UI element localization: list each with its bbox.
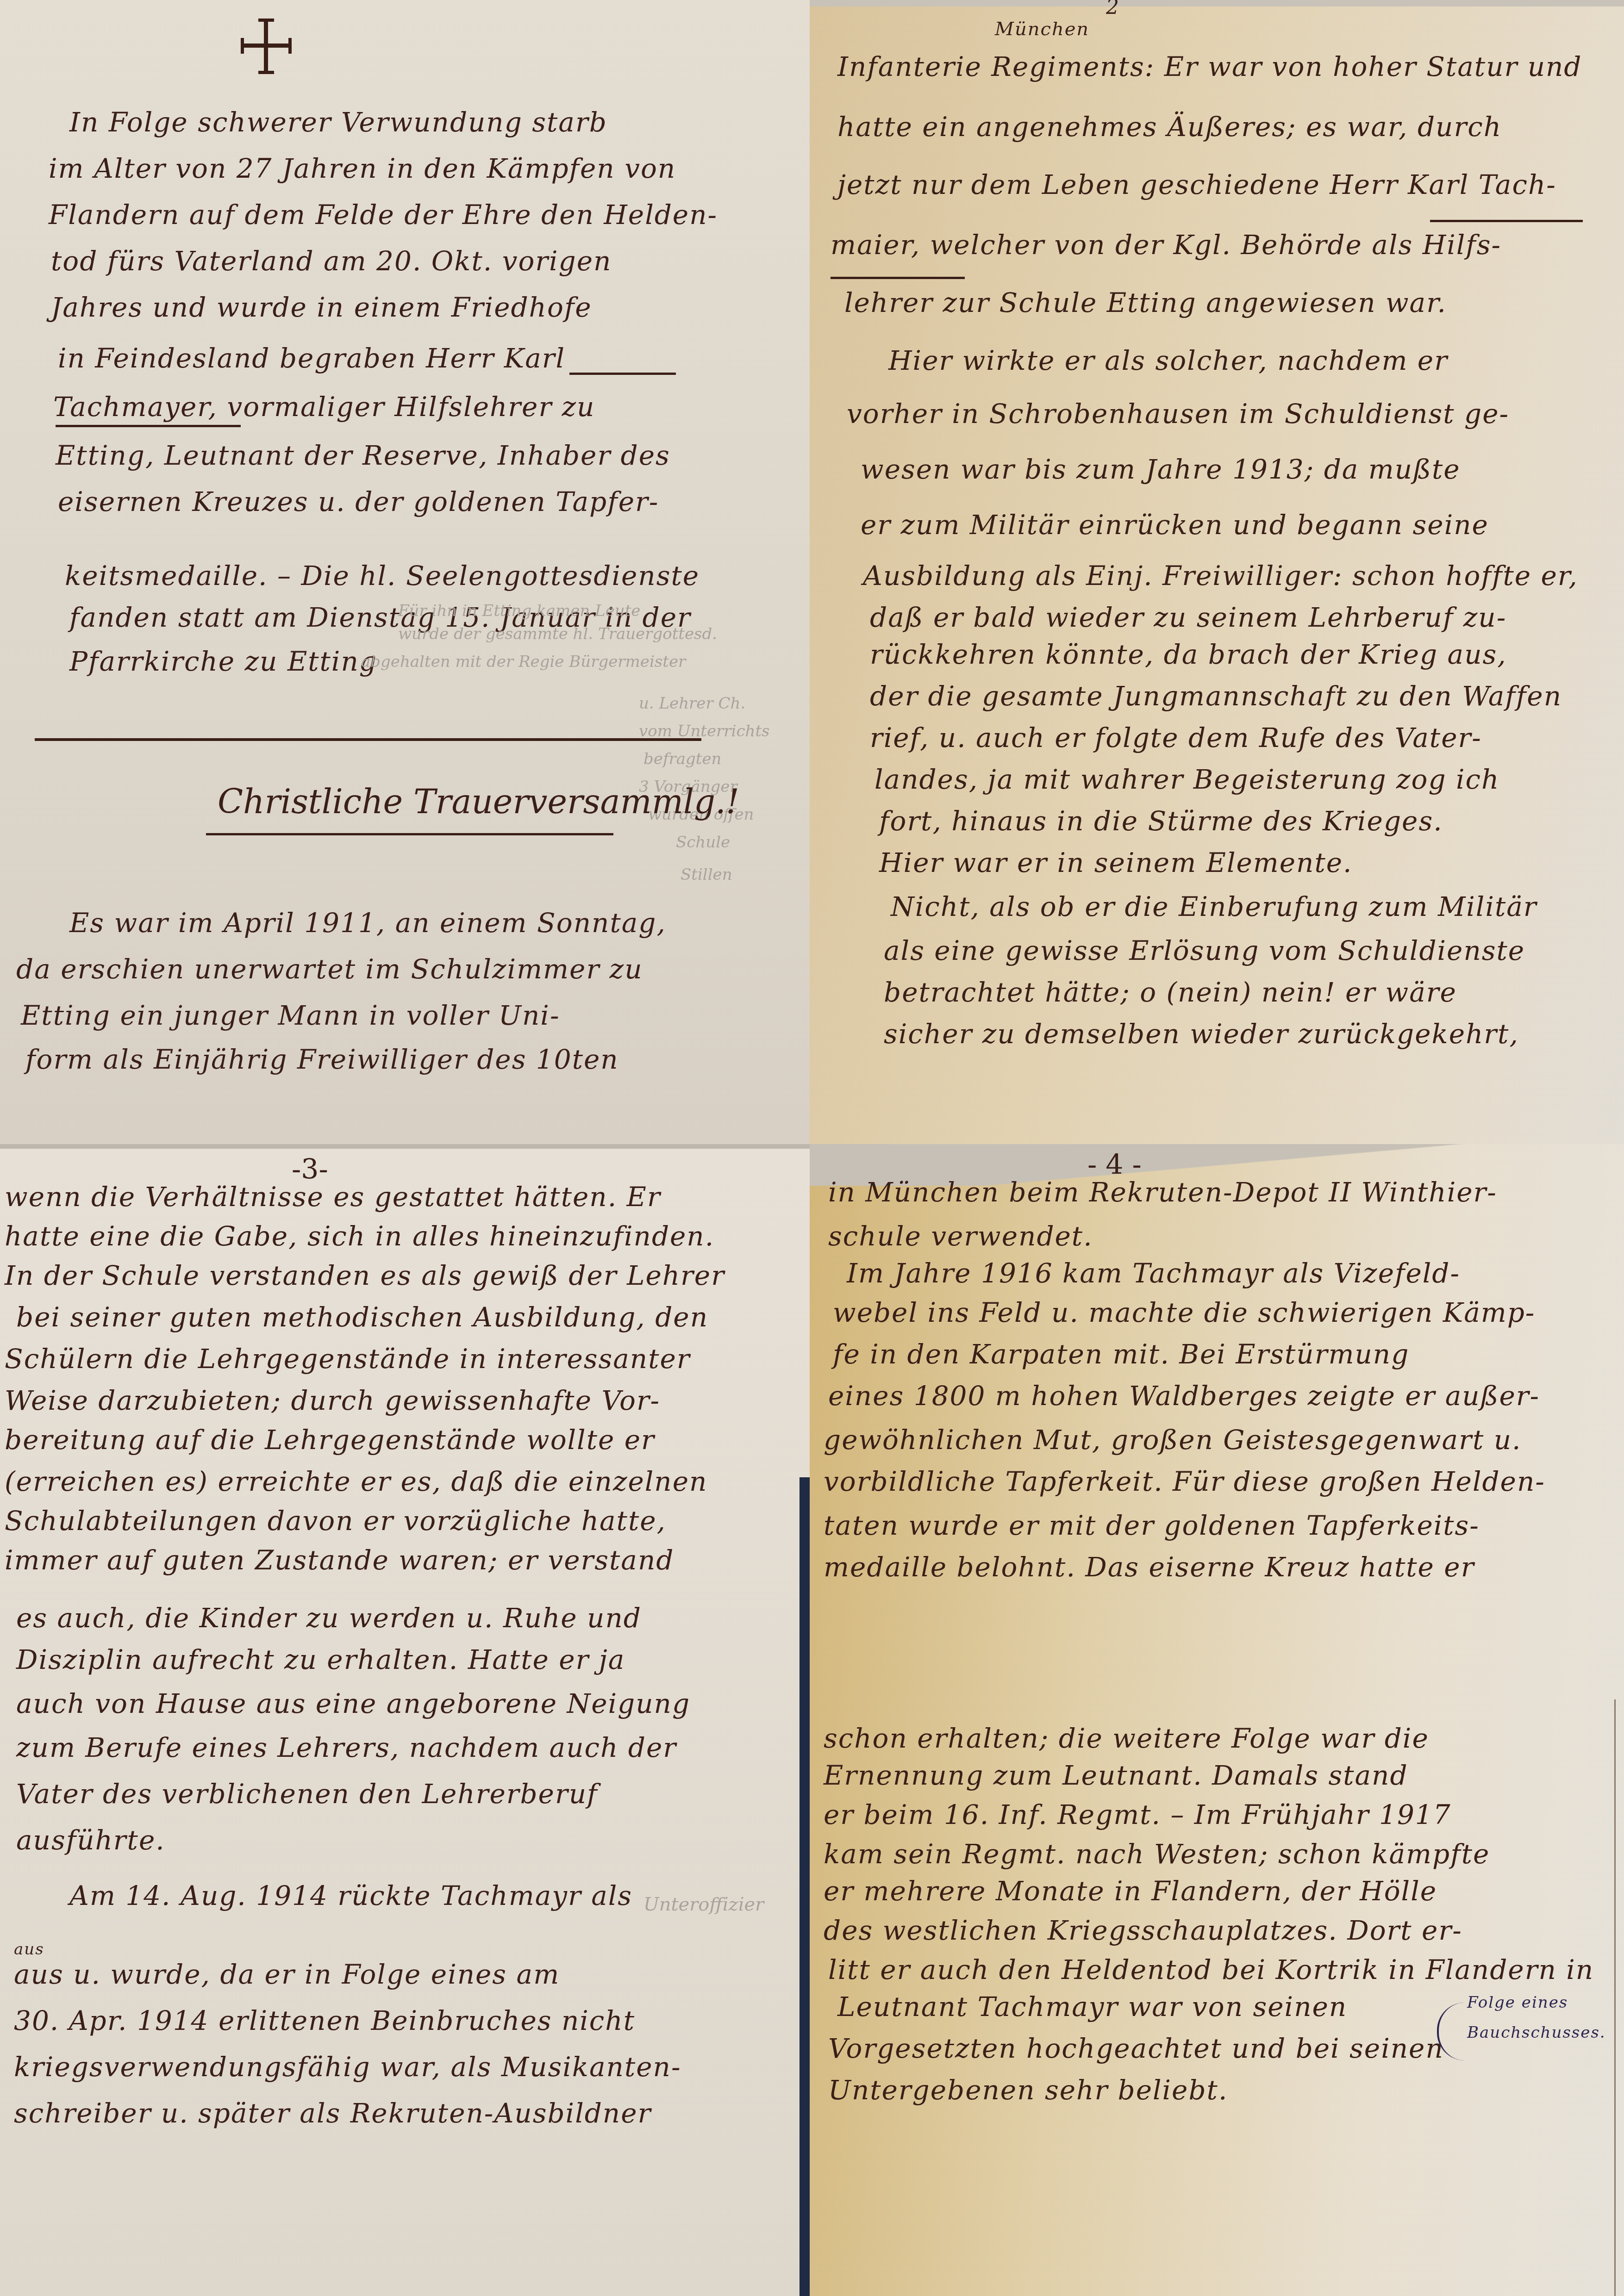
underline bbox=[569, 373, 676, 375]
text-line: in Feindesland begraben Herr Karl bbox=[58, 342, 565, 374]
underline bbox=[56, 425, 241, 427]
text-line: es auch, die Kinder zu werden u. Ruhe un… bbox=[16, 1602, 642, 1634]
text-line: kriegsverwendungsfähig war, als Musikant… bbox=[14, 2051, 681, 2083]
text-line: Etting ein junger Mann in voller Uni- bbox=[21, 1000, 560, 1031]
text-line: Ausbildung als Einj. Freiwilliger: schon… bbox=[863, 560, 1578, 591]
text-line: webel ins Feld u. machte die schwierigen… bbox=[833, 1297, 1535, 1328]
text-line: er mehrere Monate in Flandern, der Hölle bbox=[824, 1875, 1437, 1907]
underline bbox=[1430, 220, 1583, 222]
title-underline bbox=[206, 833, 613, 835]
text-line: hatte ein angenehmes Äußeres; es war, du… bbox=[837, 111, 1502, 143]
manuscript-page-2: 2 München Infanterie Regiments: Er war v… bbox=[810, 0, 1624, 1144]
text-line: vorher in Schrobenhausen im Schuldienst … bbox=[847, 398, 1509, 429]
text-line: Es war im April 1911, an einem Sonntag, bbox=[69, 907, 666, 939]
manuscript-page-4: - 4 - in München beim Rekruten-Depot II … bbox=[810, 1144, 1624, 2296]
text-line: jetzt nur dem Leben geschiedene Herr Kar… bbox=[837, 169, 1556, 200]
text-line: bereitung auf die Lehrgegenstände wollte… bbox=[5, 1424, 655, 1456]
text-line: Hier wirkte er als solcher, nachdem er bbox=[888, 345, 1448, 376]
text-line: Am 14. Aug. 1914 rückte Tachmayr als bbox=[69, 1880, 632, 1911]
text-line: Vater des verblichenen den Lehrerberuf bbox=[16, 1778, 598, 1810]
text-line: landes, ja mit wahrer Begeisterung zog i… bbox=[874, 764, 1499, 795]
text-line: fe in den Karpaten mit. Bei Erstürmung bbox=[833, 1338, 1409, 1370]
text-line: bei seiner guten methodischen Ausbildung… bbox=[16, 1301, 708, 1333]
text-line: in München beim Rekruten-Depot II Winthi… bbox=[828, 1176, 1497, 1208]
text-line: wesen war bis zum Jahre 1913; da mußte bbox=[861, 454, 1461, 485]
text-line: Ernennung zum Leutnant. Damals stand bbox=[824, 1760, 1408, 1791]
text-line: kam sein Regmt. nach Westen; schon kämpf… bbox=[824, 1838, 1490, 1870]
text-line: Untergebenen sehr beliebt. bbox=[828, 2074, 1228, 2106]
text-line: Leutnant Tachmayr war von seinen bbox=[837, 1991, 1347, 2022]
text-line: er zum Militär einrücken und begann sein… bbox=[861, 509, 1489, 541]
text-line: 30. Apr. 1914 erlittenen Beinbruches nic… bbox=[14, 2005, 635, 2036]
page-number: 2 bbox=[1106, 0, 1120, 19]
text-line: als eine gewisse Erlösung vom Schuldiens… bbox=[884, 935, 1525, 966]
notebook-spine bbox=[800, 1477, 810, 2296]
pencil-note-line: vom Unterrichts bbox=[639, 722, 770, 740]
text-line: maier, welcher von der Kgl. Behörde als … bbox=[831, 229, 1501, 261]
margin-note-line: Folge eines bbox=[1467, 1993, 1568, 2012]
text-line: Weise darzubieten; durch gewissenhafte V… bbox=[5, 1385, 660, 1416]
text-line: In der Schule verstanden es als gewiß de… bbox=[5, 1260, 725, 1291]
text-line: taten wurde er mit der goldenen Tapferke… bbox=[824, 1510, 1480, 1541]
pencil-note-line: wurde der gesammte hl. Trauergottesd. bbox=[398, 625, 717, 643]
text-line: schule verwendet. bbox=[828, 1220, 1093, 1252]
text-line: In Folge schwerer Verwundung starb bbox=[69, 106, 607, 138]
text-line: gewöhnlichen Mut, großen Geistesgegenwar… bbox=[824, 1424, 1521, 1456]
margin-note-line: Bauchschusses. bbox=[1467, 2023, 1606, 2042]
manuscript-page-3: -3- wenn die Verhältnisse es gestattet h… bbox=[0, 1144, 810, 2296]
text-line: form als Einjährig Freiwilliger des 10te… bbox=[25, 1044, 619, 1075]
text-line: eines 1800 m hohen Waldberges zeigte er … bbox=[828, 1380, 1540, 1412]
text-line: schreiber u. später als Rekruten-Ausbild… bbox=[14, 2097, 651, 2129]
text-line: schon erhalten; die weitere Folge war di… bbox=[824, 1723, 1429, 1754]
text-line: aus u. wurde, da er in Folge eines am bbox=[14, 1959, 560, 1990]
text-line: der die gesamte Jungmannschaft zu den Wa… bbox=[870, 680, 1562, 712]
text-line: keitsmedaille. – Die hl. Seelengottesdie… bbox=[65, 560, 700, 591]
text-line: betrachtet hätte; o (nein) nein! er wäre bbox=[884, 977, 1457, 1008]
text-line: Vorgesetzten hochgeachtet und bei seinen bbox=[828, 2033, 1444, 2064]
pencil-note-line: Stillen bbox=[681, 865, 732, 884]
text-line: (erreichen es) erreichte er es, daß die … bbox=[5, 1466, 707, 1497]
text-line: hatte eine die Gabe, sich in alles hinei… bbox=[5, 1220, 714, 1252]
text-line: Hier war er in seinem Elemente. bbox=[879, 847, 1353, 878]
underline bbox=[831, 277, 965, 279]
text-line: Infanterie Regiments: Er war von hoher S… bbox=[837, 51, 1582, 82]
text-line: immer auf guten Zustande waren; er verst… bbox=[5, 1544, 674, 1576]
text-line: tod fürs Vaterland am 20. Okt. vorigen bbox=[51, 245, 612, 277]
text-line: Nicht, als ob er die Einberufung zum Mil… bbox=[891, 891, 1537, 922]
text-line: sicher zu demselben wieder zurückgekehrt… bbox=[884, 1018, 1519, 1050]
text-line: wenn die Verhältnisse es gestattet hätte… bbox=[5, 1181, 661, 1213]
pencil-note-line: befragten bbox=[643, 750, 721, 768]
text-line: Flandern auf dem Felde der Ehre den Held… bbox=[49, 199, 718, 230]
text-line: lehrer zur Schule Etting angewiesen war. bbox=[844, 287, 1447, 318]
text-line: rückkehren könnte, da brach der Krieg au… bbox=[870, 639, 1507, 670]
text-line: auch von Hause aus eine angeborene Neigu… bbox=[16, 1688, 690, 1719]
text-line: daß er bald wieder zu seinem Lehrberuf z… bbox=[870, 602, 1506, 633]
text-line: er beim 16. Inf. Regmt. – Im Frühjahr 19… bbox=[824, 1799, 1451, 1830]
section-title: Christliche Trauerversammlg.! bbox=[218, 782, 739, 821]
text-line: Etting, Leutnant der Reserve, Inhaber de… bbox=[56, 440, 670, 471]
text-line: eisernen Kreuzes u. der goldenen Tapfer- bbox=[58, 486, 659, 517]
text-line: zum Berufe eines Lehrers, nachdem auch d… bbox=[16, 1732, 677, 1763]
insertion-note: aus bbox=[14, 1940, 44, 1959]
text-line: ausführte. bbox=[16, 1824, 165, 1856]
pencil-note: Unteroffizier bbox=[643, 1894, 764, 1915]
text-line: Jahres und wurde in einem Friedhofe bbox=[51, 292, 592, 323]
page-edge bbox=[1614, 1699, 1616, 2296]
text-line: fort, hinaus in die Stürme des Krieges. bbox=[879, 805, 1443, 837]
text-line: Pfarrkirche zu Etting bbox=[69, 646, 377, 677]
cross-icon bbox=[241, 19, 292, 74]
pencil-note-line: abgehalten mit der Regie Bürgermeister bbox=[361, 653, 686, 671]
pencil-note-line: Für ihn in Etting kamen Leute bbox=[398, 602, 640, 620]
text-line: Schülern die Lehrgegenstände in interess… bbox=[5, 1343, 691, 1375]
text-line: vorbildliche Tapferkeit. Für diese große… bbox=[824, 1466, 1545, 1497]
text-line: litt er auch den Heldentod bei Kortrik i… bbox=[828, 1954, 1594, 1985]
text-line: medaille belohnt. Das eiserne Kreuz hatt… bbox=[824, 1551, 1474, 1583]
pencil-note-line: u. Lehrer Ch. bbox=[639, 694, 745, 713]
pencil-note-line: Schule bbox=[676, 833, 730, 852]
section-divider bbox=[35, 738, 701, 741]
text-line: Tachmayer, vormaliger Hilfslehrer zu bbox=[53, 391, 595, 423]
text-line: rief, u. auch er folgte dem Rufe des Vat… bbox=[870, 722, 1482, 753]
text-line: im Alter von 27 Jahren in den Kämpfen vo… bbox=[49, 153, 676, 184]
text-line: Im Jahre 1916 kam Tachmayr als Vizefeld- bbox=[847, 1257, 1460, 1289]
text-line: Schulabteilungen davon er vorzügliche ha… bbox=[5, 1505, 666, 1537]
text-line: des westlichen Kriegsschauplatzes. Dort … bbox=[824, 1915, 1462, 1946]
text-line: Disziplin aufrecht zu erhalten. Hatte er… bbox=[16, 1644, 625, 1675]
insertion-note: München bbox=[995, 19, 1089, 40]
text-line: da erschien unerwartet im Schulzimmer zu bbox=[16, 953, 643, 985]
manuscript-page-1: In Folge schwerer Verwundung starb im Al… bbox=[0, 0, 810, 1144]
